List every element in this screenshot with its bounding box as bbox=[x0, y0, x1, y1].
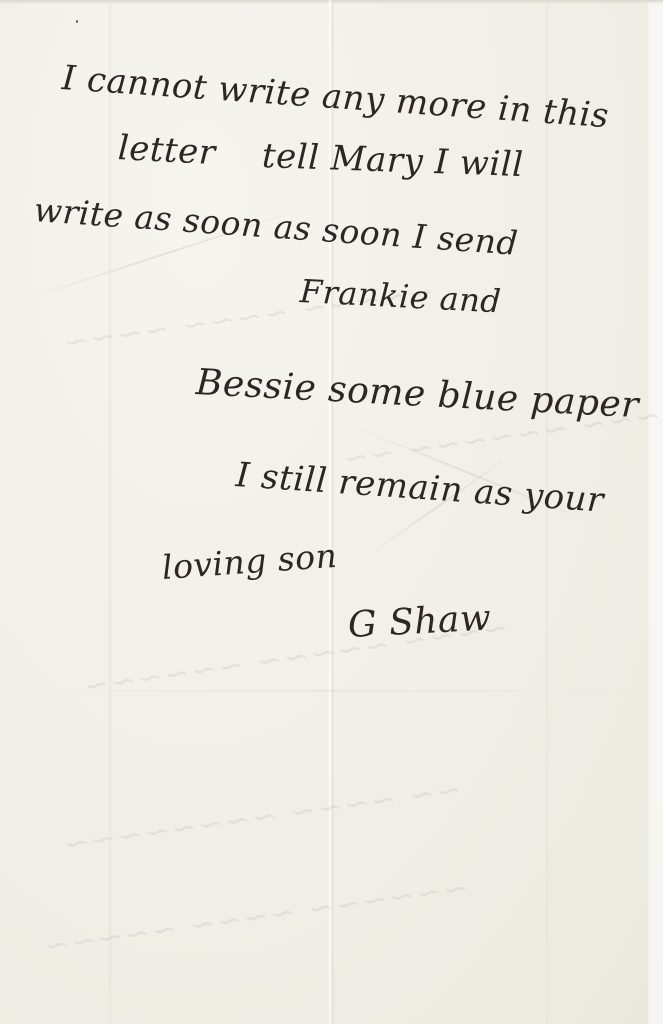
letter-page: ~~~~~ ~~~~ ~~~~ ~~~ ~~~~~~ ~~ ~~~~ ~~~~~… bbox=[0, 0, 663, 1024]
letter-signature: G Shaw bbox=[347, 598, 492, 646]
fold-line-left bbox=[108, 0, 112, 1024]
letter-line-2: letter bbox=[117, 128, 217, 173]
letter-line-2b: tell Mary I will bbox=[261, 136, 524, 185]
bleed-through-text: ~~ ~~~~ ~~~~~~~~ bbox=[60, 772, 464, 863]
ink-dot bbox=[76, 20, 78, 23]
bleed-through-text: ~~~~~~ ~~~~ ~~~~~ bbox=[40, 870, 471, 965]
letter-line-1: I cannot write any more in this bbox=[61, 58, 611, 136]
letter-line-5: Bessie some blue paper bbox=[195, 362, 640, 426]
letter-line-3: write as soon as soon I send bbox=[33, 190, 520, 263]
letter-closing: loving son bbox=[161, 536, 339, 587]
